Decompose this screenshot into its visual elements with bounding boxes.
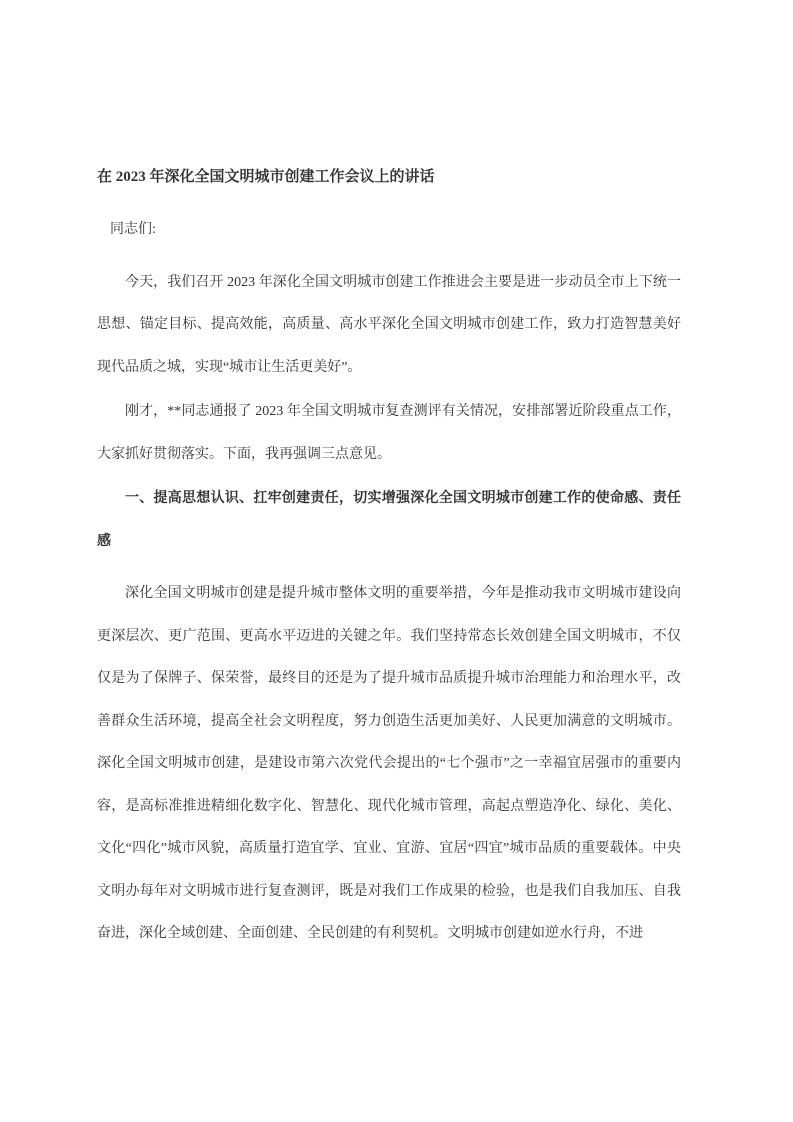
paragraph-intro: 今天，我们召开 2023 年深化全国文明城市创建工作推进会主要是进一步动员全市上… — [97, 262, 681, 390]
document-page: 在 2023 年深化全国文明城市创建工作会议上的讲话 同志们: 今天，我们召开 … — [0, 0, 793, 1122]
greeting-line: 同志们: — [97, 209, 681, 252]
document-content: 在 2023 年深化全国文明城市创建工作会议上的讲话 同志们: 今天，我们召开 … — [97, 156, 681, 956]
paragraph-body: 深化全国文明城市创建是提升城市整体文明的重要举措，今年是推动我市文明城市建设向更… — [97, 573, 681, 956]
document-title: 在 2023 年深化全国文明城市创建工作会议上的讲话 — [97, 156, 681, 199]
section-heading-1: 一、提高思想认识、扛牢创建责任，切实增强深化全国文明城市创建工作的使命感、责任感 — [97, 478, 681, 563]
paragraph-briefing: 刚才，**同志通报了 2023 年全国文明城市复查测评有关情况，安排部署近阶段重… — [97, 391, 681, 476]
